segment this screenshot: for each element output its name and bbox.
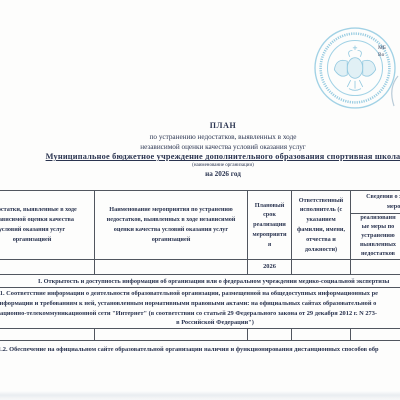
- item-1-1-line1: 1.1. Соответствие информации о деятельно…: [0, 290, 378, 297]
- item-1-1-row: 1.1. Соответствие информации о деятельно…: [0, 288, 400, 329]
- seal-eagle-emblem: [334, 46, 375, 91]
- empty-row-cell-3: [248, 329, 292, 340]
- col-header-progress: Сведения о ходе реализации мероприятия р…: [351, 191, 400, 259]
- col-header-deficiencies: Недостатки, выявленные в ходе независимо…: [0, 191, 95, 259]
- approval-text-fragment: МБ Во: [378, 45, 400, 59]
- signature-stroke-fragment: [384, 74, 400, 108]
- col-header-responsible: Ответственный исполнитель (с указанием ф…: [292, 191, 351, 259]
- item-1-1-line3: ационно-телекоммуникационной сети "Интер…: [0, 310, 377, 317]
- approval-fragment-line2: Во: [378, 52, 400, 59]
- title-subtitle-line1: по устранению недостатков, выявленных в …: [0, 133, 400, 141]
- page-bottom-edge: [0, 391, 400, 400]
- organization-caption: (наименование организации): [0, 163, 400, 168]
- title-subtitle-line2: независимой оценки качества условий оказ…: [0, 143, 400, 151]
- plan-table: Недостатки, выявленные в ходе независимо…: [0, 190, 400, 371]
- section-1-row: I. Открытость и доступность информации о…: [0, 275, 400, 288]
- col-header-progress-sublabel: реализованн ые меры по устранению выявле…: [352, 214, 400, 259]
- item-1-1-line4: в Российской Федерации"): [0, 319, 400, 326]
- table-header-row: Недостатки, выявленные в ходе независимо…: [0, 191, 400, 260]
- document-title: ПЛАН: [0, 121, 400, 130]
- approval-fragment-line1: МБ: [378, 45, 400, 52]
- empty-row-cell-4: [292, 329, 351, 340]
- col-header-progress-title: Сведения о ходе реализации мероприятия: [351, 191, 400, 214]
- item-1-1-line2: информации и требованиям к ней, установл…: [0, 300, 376, 307]
- empty-row-cell-2: [95, 329, 248, 340]
- year-row-cell-1: [0, 260, 95, 274]
- col-header-progress-sub: реализованн ые меры по устранению выявле…: [351, 214, 400, 259]
- organization-name: Муниципальное бюджетное учреждение допол…: [0, 152, 400, 161]
- col-header-measures: Наименование мероприятия по устранению н…: [95, 191, 248, 259]
- item-1-2-text: 1.2. Обеспечение на официальном сайте об…: [0, 346, 379, 353]
- year-row-cell-5: [351, 260, 400, 274]
- section-1-title: I. Открытость и доступность информации о…: [38, 278, 389, 285]
- year-row-cell-4: [292, 260, 351, 274]
- col-header-planned-term: Плановый срок реализации мероприяти я: [248, 191, 292, 259]
- empty-data-row: [0, 329, 400, 341]
- empty-row-cell-5: [351, 329, 400, 340]
- year-row: 2026: [0, 260, 400, 275]
- year-row-planned-term: 2026: [248, 260, 292, 274]
- plan-year: на 2026 год: [0, 170, 400, 178]
- item-1-2-row: 1.2. Обеспечение на официальном сайте об…: [0, 341, 400, 371]
- year-row-cell-2: [95, 260, 248, 274]
- scanned-document-page: МБ Во ПЛАН по устранению недостатков, вы…: [0, 0, 400, 400]
- empty-row-cell-1: [0, 329, 95, 340]
